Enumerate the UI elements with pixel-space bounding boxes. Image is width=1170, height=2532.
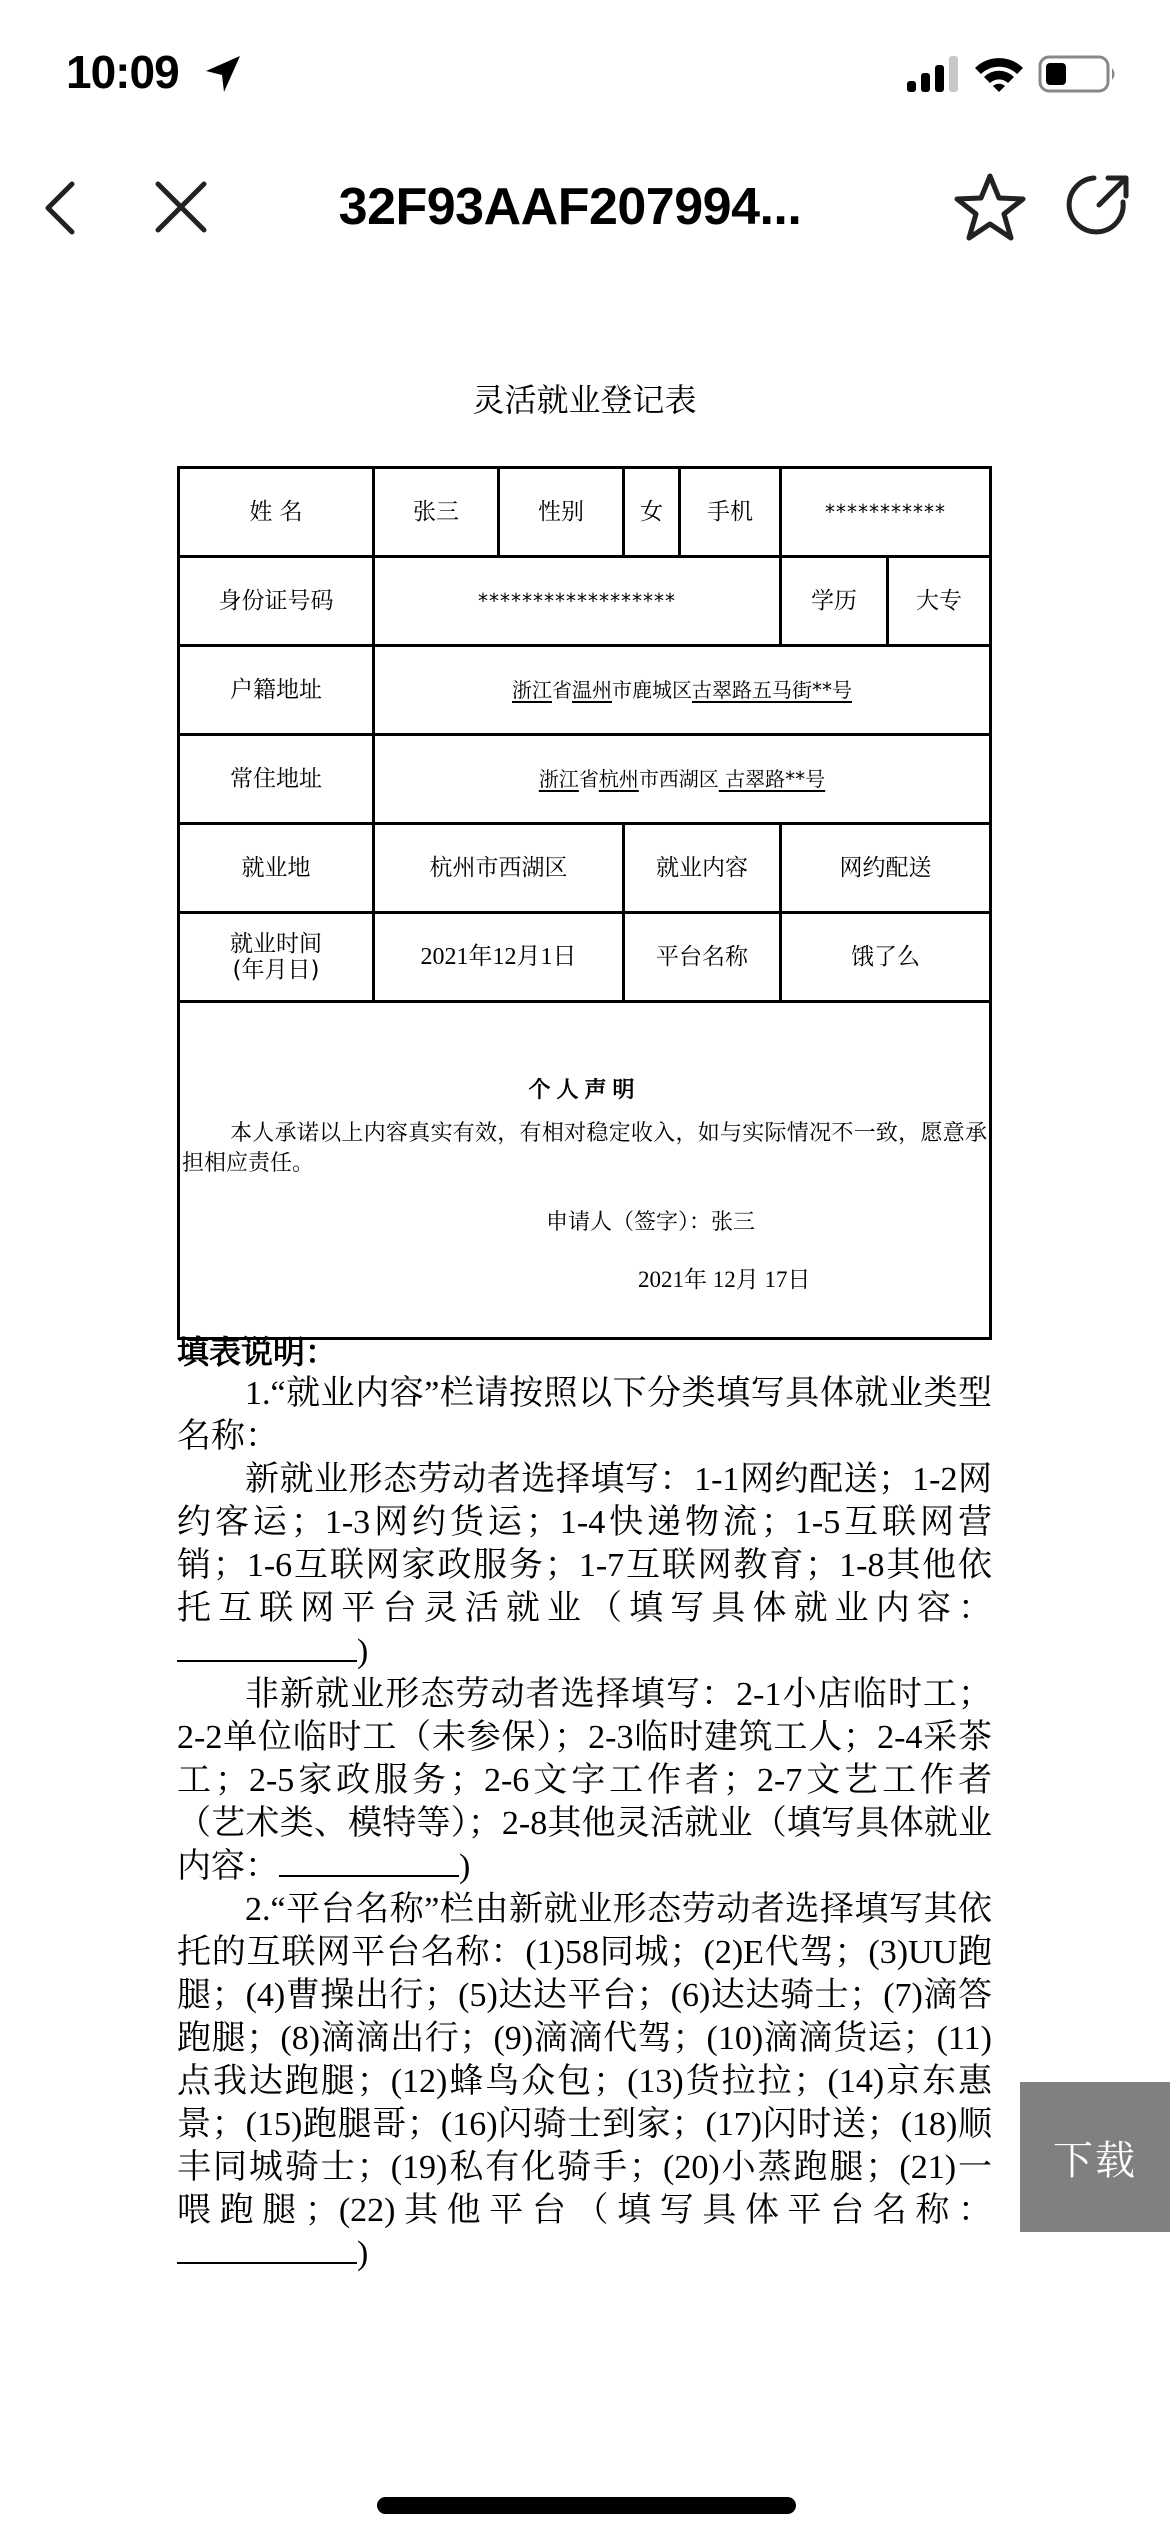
fill-blank xyxy=(279,1847,459,1877)
instruction-text: 2.“平台名称”栏由新就业形态劳动者选择填写其依托的互联网平台名称：(1)58同… xyxy=(177,1891,992,2229)
table-row-work-time: 就业时间 (年月日) 2021年12月1日 平台名称 饿了么 xyxy=(180,914,989,1003)
battery-icon xyxy=(1038,55,1118,93)
education-label: 学历 xyxy=(782,558,889,644)
home-indicator[interactable] xyxy=(377,2497,796,2514)
status-time: 10:09 xyxy=(66,44,179,100)
download-button[interactable]: 下载 xyxy=(1020,2082,1170,2232)
share-button[interactable] xyxy=(1060,168,1136,244)
wifi-icon xyxy=(973,54,1025,94)
star-icon xyxy=(957,176,1023,238)
gender-label: 性别 xyxy=(500,469,625,555)
instruction-2: 2.“平台名称”栏由新就业形态劳动者选择填写其依托的互联网平台名称：(1)58同… xyxy=(177,1888,992,2275)
work-content-label: 就业内容 xyxy=(625,825,782,911)
signal-icon xyxy=(907,55,961,93)
work-time-label: 就业时间 (年月日) xyxy=(180,914,375,1000)
residence-address-label: 常住地址 xyxy=(180,736,375,822)
location-arrow-icon xyxy=(204,54,242,94)
address-street: 古翠路**号 xyxy=(719,765,825,793)
instruction-text: 新就业形态劳动者选择填写：1-1网约配送；1-2网约客运；1-3网约货运；1-4… xyxy=(177,1461,992,1627)
id-value: ****************** xyxy=(375,558,782,644)
household-address-value: 浙江省温州市鹿城区古翠路五马街**号 xyxy=(375,647,989,733)
declaration-date: 2021年 12月 17日 xyxy=(638,1261,811,1294)
address-street: 古翠路五马街**号 xyxy=(692,676,852,704)
form-title: 灵活就业登记表 xyxy=(177,378,992,422)
chevron-left-icon xyxy=(48,184,72,232)
address-city: 杭州 xyxy=(599,765,639,793)
document-title: 32F93AAF207994... xyxy=(300,176,840,238)
education-value: 大专 xyxy=(889,558,989,644)
instruction-1-new-forms: 新就业形态劳动者选择填写：1-1网约配送；1-2网约客运；1-3网约货运；1-4… xyxy=(177,1458,992,1673)
work-time-value: 2021年12月1日 xyxy=(375,914,625,1000)
table-row-id: 身份证号码 ****************** 学历 大专 xyxy=(180,558,989,647)
declaration-title: 个人声明 xyxy=(180,1073,989,1104)
address-district: 市西湖区 xyxy=(639,765,719,793)
favorite-button[interactable] xyxy=(950,168,1030,244)
address-province: 浙江 xyxy=(512,676,552,704)
declaration-signature: 申请人（签字）：张三 xyxy=(546,1205,755,1236)
address-province-suffix: 省 xyxy=(579,765,599,793)
table-row-household-address: 户籍地址 浙江省温州市鹿城区古翠路五马街**号 xyxy=(180,647,989,736)
household-address-label: 户籍地址 xyxy=(180,647,375,733)
name-value: 张三 xyxy=(375,469,500,555)
instruction-1: 1.“就业内容”栏请按照以下分类填写具体就业类型名称： xyxy=(177,1372,992,1458)
share-icon xyxy=(1069,178,1126,232)
table-row-work-place: 就业地 杭州市西湖区 就业内容 网约配送 xyxy=(180,825,989,914)
form-instructions: 填表说明： 1.“就业内容”栏请按照以下分类填写具体就业类型名称： 新就业形态劳… xyxy=(177,1332,992,2275)
fill-blank xyxy=(177,2234,357,2264)
instruction-text-end: ) xyxy=(459,1848,470,1885)
instruction-text-end: ) xyxy=(357,2235,368,2272)
address-province-suffix: 省 xyxy=(552,676,572,704)
close-icon xyxy=(158,184,204,230)
work-content-value: 网约配送 xyxy=(782,825,989,911)
work-place-label: 就业地 xyxy=(180,825,375,911)
address-city: 温州 xyxy=(572,676,612,704)
personal-declaration: 个人声明 本人承诺以上内容真实有效，有相对稳定收入，如与实际情况不一致，愿意承担… xyxy=(180,1003,989,1337)
close-button[interactable] xyxy=(148,172,214,242)
platform-value: 饿了么 xyxy=(782,914,989,1000)
declaration-body: 本人承诺以上内容真实有效，有相对稳定收入，如与实际情况不一致，愿意承担相应责任。 xyxy=(182,1119,987,1179)
id-label: 身份证号码 xyxy=(180,558,375,644)
work-time-label-line2: (年月日) xyxy=(233,957,320,983)
residence-address-value: 浙江省杭州市西湖区 古翠路**号 xyxy=(375,736,989,822)
phone-label: 手机 xyxy=(681,469,782,555)
table-row-name: 姓 名 张三 性别 女 手机 *********** xyxy=(180,469,989,558)
back-button[interactable] xyxy=(36,172,86,242)
work-time-label-line1: 就业时间 xyxy=(230,931,322,957)
platform-label: 平台名称 xyxy=(625,914,782,1000)
instruction-1-other-forms: 非新就业形态劳动者选择填写：2-1小店临时工；2-2单位临时工（未参保）；2-3… xyxy=(177,1673,992,1888)
phone-value: *********** xyxy=(782,469,989,555)
name-label: 姓 名 xyxy=(180,469,375,555)
gender-value: 女 xyxy=(625,469,681,555)
address-district: 市鹿城区 xyxy=(612,676,692,704)
table-row-residence-address: 常住地址 浙江省杭州市西湖区 古翠路**号 xyxy=(180,736,989,825)
registration-form-table: 姓 名 张三 性别 女 手机 *********** 身份证号码 *******… xyxy=(177,466,992,1340)
address-province: 浙江 xyxy=(539,765,579,793)
instruction-text-end: ) xyxy=(357,1633,368,1670)
work-place-value: 杭州市西湖区 xyxy=(375,825,625,911)
fill-blank xyxy=(177,1632,357,1662)
instructions-heading: 填表说明： xyxy=(177,1332,992,1372)
